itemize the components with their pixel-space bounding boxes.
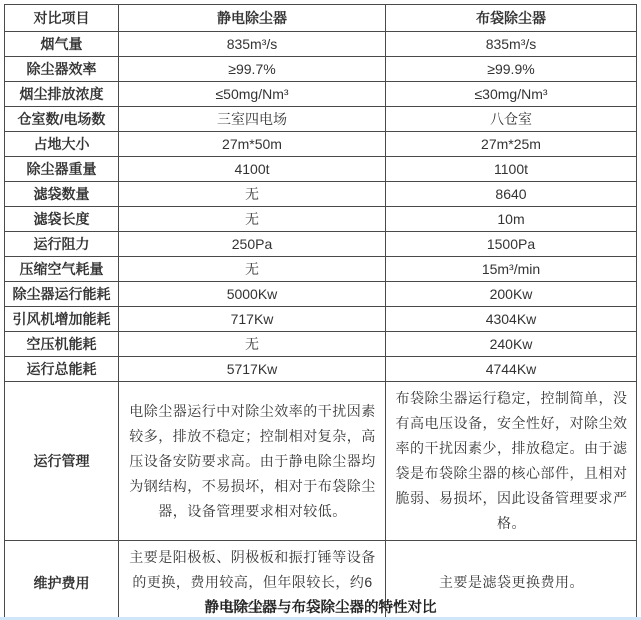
esp-value: 无 <box>119 332 386 357</box>
esp-value: 5717Kw <box>119 357 386 382</box>
row-label: 滤袋长度 <box>5 207 119 232</box>
table-caption: 静电除尘器与布袋除尘器的特性对比 <box>0 596 641 617</box>
table-row: 除尘器运行能耗 5000Kw 200Kw <box>5 282 637 307</box>
table-row: 运行总能耗 5717Kw 4744Kw <box>5 357 637 382</box>
header-bag: 布袋除尘器 <box>386 5 637 32</box>
row-label: 烟尘排放浓度 <box>5 82 119 107</box>
table-row-operation-management: 运行管理 电除尘器运行中对除尘效率的干扰因素较多，排放不稳定；控制相对复杂，高压… <box>5 382 637 541</box>
esp-value: 835m³/s <box>119 32 386 57</box>
esp-management-text: 电除尘器运行中对除尘效率的干扰因素较多，排放不稳定；控制相对复杂，高压设备安防要… <box>119 382 386 541</box>
row-label: 仓室数/电场数 <box>5 107 119 132</box>
table-row: 压缩空气耗量 无 15m³/min <box>5 257 637 282</box>
esp-value: 27m*50m <box>119 132 386 157</box>
table-row: 除尘器效率 ≥99.7% ≥99.9% <box>5 57 637 82</box>
esp-value: 无 <box>119 257 386 282</box>
table-row: 空压机能耗 无 240Kw <box>5 332 637 357</box>
bag-value: 27m*25m <box>386 132 637 157</box>
row-label: 滤袋数量 <box>5 182 119 207</box>
bag-value: 1100t <box>386 157 637 182</box>
table-header-row: 对比项目 静电除尘器 布袋除尘器 <box>5 5 637 32</box>
header-compare-item: 对比项目 <box>5 5 119 32</box>
bag-value: 15m³/min <box>386 257 637 282</box>
table-row: 运行阻力 250Pa 1500Pa <box>5 232 637 257</box>
row-label: 除尘器运行能耗 <box>5 282 119 307</box>
comparison-table: 对比项目 静电除尘器 布袋除尘器 烟气量 835m³/s 835m³/s 除尘器… <box>4 4 637 620</box>
bag-value: ≤30mg/Nm³ <box>386 82 637 107</box>
table-row: 烟尘排放浓度 ≤50mg/Nm³ ≤30mg/Nm³ <box>5 82 637 107</box>
esp-value: 250Pa <box>119 232 386 257</box>
bag-management-text: 布袋除尘器运行稳定，控制简单，没有高电压设备，安全性好，对除尘效率的干扰因素少，… <box>386 382 637 541</box>
table-row: 引风机增加能耗 717Kw 4304Kw <box>5 307 637 332</box>
esp-value: ≥99.7% <box>119 57 386 82</box>
row-label: 引风机增加能耗 <box>5 307 119 332</box>
esp-value: 4100t <box>119 157 386 182</box>
bag-value: 240Kw <box>386 332 637 357</box>
esp-value: 5000Kw <box>119 282 386 307</box>
esp-value: ≤50mg/Nm³ <box>119 82 386 107</box>
table-row: 仓室数/电场数 三室四电场 八仓室 <box>5 107 637 132</box>
row-label: 除尘器重量 <box>5 157 119 182</box>
row-label: 除尘器效率 <box>5 57 119 82</box>
table-row: 除尘器重量 4100t 1100t <box>5 157 637 182</box>
row-label: 空压机能耗 <box>5 332 119 357</box>
comparison-page: 对比项目 静电除尘器 布袋除尘器 烟气量 835m³/s 835m³/s 除尘器… <box>0 0 641 620</box>
table-row: 占地大小 27m*50m 27m*25m <box>5 132 637 157</box>
bag-value: 八仓室 <box>386 107 637 132</box>
row-label: 运行管理 <box>5 382 119 541</box>
row-label: 运行阻力 <box>5 232 119 257</box>
bag-value: 4304Kw <box>386 307 637 332</box>
esp-value: 三室四电场 <box>119 107 386 132</box>
table-row: 烟气量 835m³/s 835m³/s <box>5 32 637 57</box>
bag-value: 200Kw <box>386 282 637 307</box>
bag-value: 1500Pa <box>386 232 637 257</box>
bag-value: 8640 <box>386 182 637 207</box>
esp-value: 717Kw <box>119 307 386 332</box>
bag-value: 4744Kw <box>386 357 637 382</box>
row-label: 压缩空气耗量 <box>5 257 119 282</box>
esp-value: 无 <box>119 182 386 207</box>
table-row: 滤袋数量 无 8640 <box>5 182 637 207</box>
row-label: 运行总能耗 <box>5 357 119 382</box>
row-label: 占地大小 <box>5 132 119 157</box>
bag-value: 10m <box>386 207 637 232</box>
esp-value: 无 <box>119 207 386 232</box>
bag-value: ≥99.9% <box>386 57 637 82</box>
header-esp: 静电除尘器 <box>119 5 386 32</box>
table-row: 滤袋长度 无 10m <box>5 207 637 232</box>
row-label: 烟气量 <box>5 32 119 57</box>
bag-value: 835m³/s <box>386 32 637 57</box>
